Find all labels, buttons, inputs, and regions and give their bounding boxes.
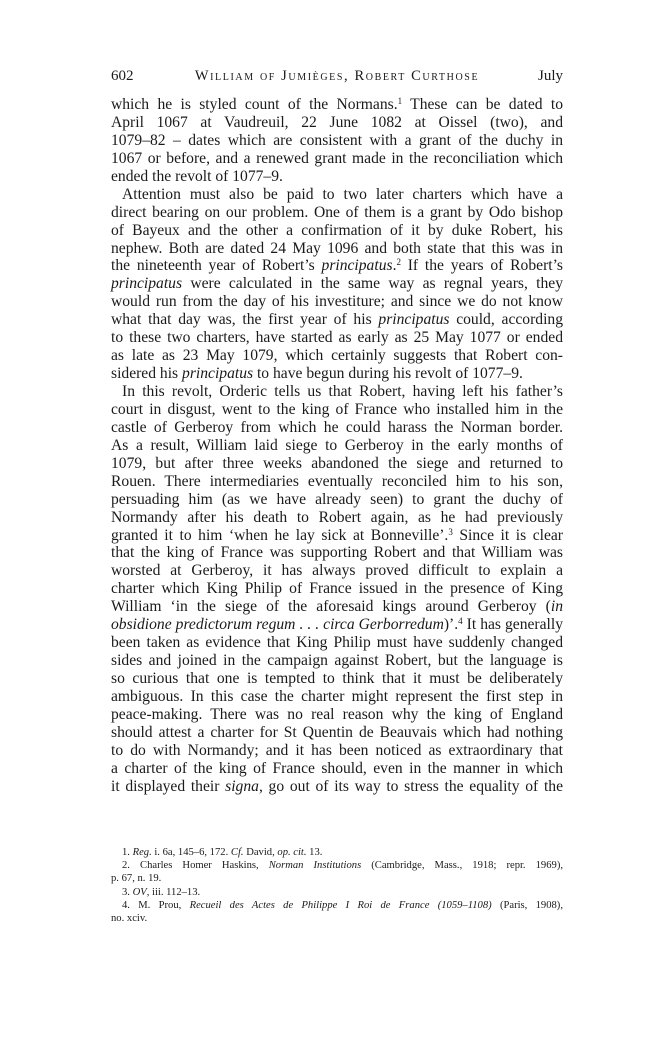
text-run: as late as 23 May 1079, which certainly … xyxy=(111,347,563,364)
running-head-month: July xyxy=(538,66,563,86)
body-line: 1067 or before, and a renewed grant made… xyxy=(111,150,563,168)
running-title: William of Jumièges, Robert Curthose xyxy=(111,66,563,86)
text-run: As a result, William laid siege to Gerbe… xyxy=(111,437,563,454)
text-run: ended the revolt of 1077–9. xyxy=(111,168,283,185)
body-line: ended the revolt of 1077–9. xyxy=(111,168,563,186)
running-head: 602 William of Jumièges, Robert Curthose… xyxy=(111,66,563,86)
body-line: granted it to him ‘when he lay sick at B… xyxy=(111,527,563,545)
footnote-line: p. 67, n. 19. xyxy=(111,872,563,885)
text-run: the nineteenth year of Robert’s xyxy=(111,257,322,274)
body-line: principatus were calculated in the same … xyxy=(111,275,563,293)
text-run: castle of Gerberoy from which he could h… xyxy=(111,419,563,436)
footnote-line: no. xciv. xyxy=(111,912,563,925)
body-line: as late as 23 May 1079, which certainly … xyxy=(111,347,563,365)
body-line: 1079, but after three weeks abandoned th… xyxy=(111,455,563,473)
text-run: to have begun during his revolt of 1077–… xyxy=(253,365,523,382)
body-line: William ‘in the siege of the aforesaid k… xyxy=(111,598,563,616)
body-line: been taken as evidence that King Philip … xyxy=(111,634,563,652)
text-run: Rouen. There intermediaries eventually r… xyxy=(111,473,563,490)
italic-text: in xyxy=(551,598,563,615)
body-line: so curious that one is tempted to think … xyxy=(111,670,563,688)
text-run: which he is styled count of the Normans. xyxy=(111,96,398,113)
text-run: ambiguous. In this case the charter migh… xyxy=(111,688,563,705)
footnote-line: 3. OV, iii. 112–13. xyxy=(111,886,563,899)
text-run: Attention must also be paid to two later… xyxy=(122,186,563,203)
body-line: it displayed their signa, go out of its … xyxy=(111,778,563,796)
text-run: sides and joined in the campaign against… xyxy=(111,652,563,669)
italic-text: op. cit. xyxy=(277,847,306,858)
footnotes: 1. Reg. i. 6a, 145–6, 172. Cf. David, op… xyxy=(111,846,563,925)
text-run: peace-making. There was no real reason w… xyxy=(111,706,563,723)
body-line: Normandy after his death to Robert again… xyxy=(111,509,563,527)
italic-text: Norman Institutions xyxy=(269,860,361,871)
text-run: been taken as evidence that King Philip … xyxy=(111,634,563,651)
text-run: of Bayeux and the other a confirmation o… xyxy=(111,222,563,239)
text-run: These can be dated to xyxy=(402,96,563,113)
text-run: , iii. 112–13. xyxy=(147,887,200,898)
body-line: charter which King Philip of France issu… xyxy=(111,580,563,598)
text-run: charter which King Philip of France issu… xyxy=(111,580,563,597)
text-run: could, according xyxy=(449,311,563,328)
text-run: to do with Normandy; and it has been not… xyxy=(111,742,563,759)
body-line: castle of Gerberoy from which he could h… xyxy=(111,419,563,437)
text-run: (Paris, 1908), xyxy=(492,900,563,911)
text-run: It has generally xyxy=(463,616,563,633)
text-run: Normandy after his death to Robert again… xyxy=(111,509,563,526)
text-run: sidered his xyxy=(111,365,182,382)
body-line: As a result, William laid siege to Gerbe… xyxy=(111,437,563,455)
text-run: If the years of Robert’s xyxy=(401,257,563,274)
body-line: 1079–82 – dates which are consistent wit… xyxy=(111,132,563,150)
body-line: April 1067 at Vaudreuil, 22 June 1082 at… xyxy=(111,114,563,132)
text-run: p. 67, n. 19. xyxy=(111,873,161,884)
text-run: to these two charters, have started as e… xyxy=(111,329,563,346)
body-line: to do with Normandy; and it has been not… xyxy=(111,742,563,760)
italic-text: principatus xyxy=(322,257,393,274)
text-run: 13. xyxy=(307,847,323,858)
text-run: court in disgust, went to the king of Fr… xyxy=(111,401,563,418)
text-run: worsted at Gerberoy, it has always prove… xyxy=(111,562,563,579)
italic-text: principatus xyxy=(111,275,182,292)
text-run: 2. Charles Homer Haskins, xyxy=(122,860,269,871)
body-line: persuading him (as we have already seen)… xyxy=(111,491,563,509)
italic-text: OV xyxy=(133,887,147,898)
text-run: were calculated in the same way as regna… xyxy=(182,275,563,292)
italic-text: principatus xyxy=(378,311,449,328)
italic-text: signa xyxy=(225,778,259,795)
text-run: 4. M. Prou, xyxy=(122,900,190,911)
italic-text: Reg. xyxy=(133,847,152,858)
body-line: nephew. Both are dated 24 May 1096 and b… xyxy=(111,240,563,258)
body-line: of Bayeux and the other a confirmation o… xyxy=(111,222,563,240)
text-run: )’. xyxy=(444,616,458,633)
text-run: nephew. Both are dated 24 May 1096 and b… xyxy=(111,240,563,257)
text-run: that the king of France was supporting R… xyxy=(111,544,563,561)
body-line: ambiguous. In this case the charter migh… xyxy=(111,688,563,706)
body-line: should attest a charter for St Quentin d… xyxy=(111,724,563,742)
text-run: Since it is clear xyxy=(453,527,563,544)
text-run: David, xyxy=(244,847,278,858)
body-line: sidered his principatus to have begun du… xyxy=(111,365,563,383)
body-line: sides and joined in the campaign against… xyxy=(111,652,563,670)
italic-text: Recueil des Actes de Philippe I Roi de F… xyxy=(190,900,492,911)
body-line: worsted at Gerberoy, it has always prove… xyxy=(111,562,563,580)
body-line: obsidione predictorum regum . . . circa … xyxy=(111,616,563,634)
text-run: should attest a charter for St Quentin d… xyxy=(111,724,563,741)
italic-text: principatus xyxy=(182,365,253,382)
body-line: In this revolt, Orderic tells us that Ro… xyxy=(111,383,563,401)
text-run: so curious that one is tempted to think … xyxy=(111,670,563,687)
text-run: a charter of the king of France should, … xyxy=(111,760,563,777)
body-line: a charter of the king of France should, … xyxy=(111,760,563,778)
text-run: would run from the day of his investitur… xyxy=(111,293,563,310)
body-line: what that day was, the first year of his… xyxy=(111,311,563,329)
body-line: peace-making. There was no real reason w… xyxy=(111,706,563,724)
body-line: court in disgust, went to the king of Fr… xyxy=(111,401,563,419)
italic-text: Cf. xyxy=(231,847,244,858)
text-run: William ‘in the siege of the aforesaid k… xyxy=(111,598,551,615)
footnote-line: 1. Reg. i. 6a, 145–6, 172. Cf. David, op… xyxy=(111,846,563,859)
text-run: 1079, but after three weeks abandoned th… xyxy=(111,455,563,472)
body-line: Attention must also be paid to two later… xyxy=(111,186,563,204)
text-run: i. 6a, 145–6, 172. xyxy=(152,847,231,858)
body-line: direct bearing on our problem. One of th… xyxy=(111,204,563,222)
footnote-line: 2. Charles Homer Haskins, Norman Institu… xyxy=(111,859,563,872)
body-line: to these two charters, have started as e… xyxy=(111,329,563,347)
text-run: granted it to him ‘when he lay sick at B… xyxy=(111,527,448,544)
text-run: April 1067 at Vaudreuil, 22 June 1082 at… xyxy=(111,114,563,131)
body-line: would run from the day of his investitur… xyxy=(111,293,563,311)
text-run: , go out of its way to stress the equali… xyxy=(259,778,563,795)
italic-text: obsidione predictorum regum . . . circa … xyxy=(111,616,444,633)
text-run: 1067 or before, and a renewed grant made… xyxy=(111,150,563,167)
text-run: 1079–82 – dates which are consistent wit… xyxy=(111,132,563,149)
body-line: that the king of France was supporting R… xyxy=(111,544,563,562)
body-text: which he is styled count of the Normans.… xyxy=(111,96,563,796)
text-run: persuading him (as we have already seen)… xyxy=(111,491,563,508)
body-line: Rouen. There intermediaries eventually r… xyxy=(111,473,563,491)
text-run: no. xciv. xyxy=(111,913,147,924)
text-run: direct bearing on our problem. One of th… xyxy=(111,204,563,221)
text-run: In this revolt, Orderic tells us that Ro… xyxy=(122,383,563,400)
body-line: which he is styled count of the Normans.… xyxy=(111,96,563,114)
text-run: it displayed their xyxy=(111,778,225,795)
text-run: (Cambridge, Mass., 1918; repr. 1969), xyxy=(361,860,563,871)
body-line: the nineteenth year of Robert’s principa… xyxy=(111,257,563,275)
text-run: 3. xyxy=(122,887,133,898)
text-run: what that day was, the first year of his xyxy=(111,311,378,328)
footnote-line: 4. M. Prou, Recueil des Actes de Philipp… xyxy=(111,899,563,912)
book-page: 602 William of Jumièges, Robert Curthose… xyxy=(0,0,648,1059)
text-run: 1. xyxy=(122,847,133,858)
